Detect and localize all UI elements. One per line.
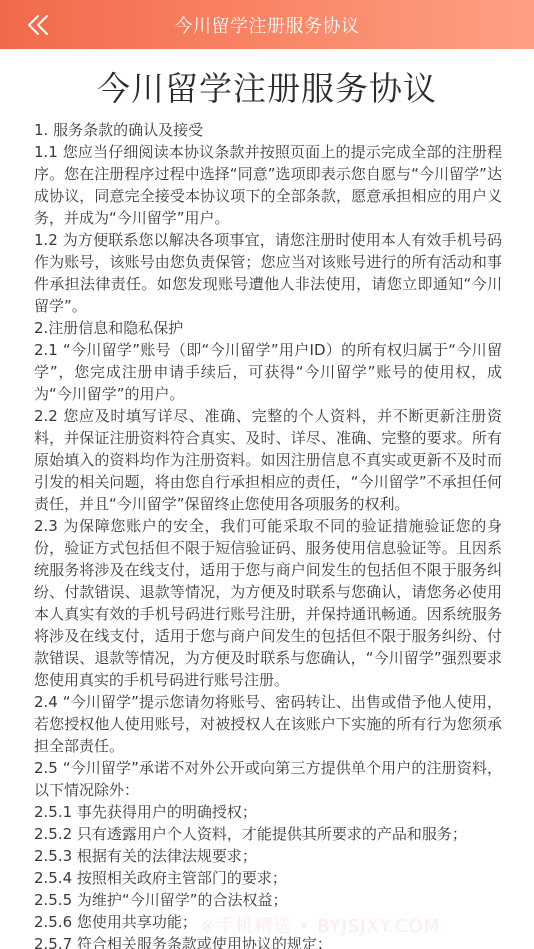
clause-1-2: 1.2 为方便联系您以解决各项事宜，请您注册时使用本人有效手机号码作为账号，该账… [34,229,502,317]
clause-2-5-5: 2.5.5 为维护“今川留学”的合法权益； [34,889,502,911]
agreement-body: 1. 服务条款的确认及接受 1.1 您应当仔细阅读本协议条款并按照页面上的提示完… [0,119,534,949]
section-heading-2: 2.注册信息和隐私保护 [34,317,502,339]
clause-2-5-3: 2.5.3 根据有关的法律法规要求； [34,845,502,867]
clause-1-1: 1.1 您应当仔细阅读本协议条款并按照页面上的提示完成全部的注册程序。您在注册程… [34,141,502,229]
top-nav-bar: 今川留学注册服务协议 [0,0,534,49]
clause-2-1: 2.1 “今川留学”账号（即“今川留学”用户ID）的所有权归属于“今川留学”，您… [34,339,502,405]
section-heading-1: 1. 服务条款的确认及接受 [34,119,502,141]
clause-2-5-7: 2.5.7 符合相关服务条款或使用协议的规定； [34,933,502,949]
clause-2-2: 2.2 您应及时填写详尽、准确、完整的个人资料，并不断更新注册资料，并保证注册资… [34,405,502,515]
clause-2-5: 2.5 “今川留学”承诺不对外公开或向第三方提供单个用户的注册资料，以下情况除外… [34,757,502,801]
clause-2-5-2: 2.5.2 只有透露用户个人资料，才能提供其所要求的产品和服务； [34,823,502,845]
clause-2-4: 2.4 “今川留学”提示您请勿将账号、密码转让、出售或借予他人使用，若您授权他人… [34,691,502,757]
header-title: 今川留学注册服务协议 [175,12,360,38]
agreement-scroll-area[interactable]: 今川留学注册服务协议 1. 服务条款的确认及接受 1.1 您应当仔细阅读本协议条… [0,49,534,949]
back-button[interactable] [22,8,56,42]
double-chevron-left-icon [26,12,52,38]
clause-2-5-1: 2.5.1 事先获得用户的明确授权； [34,801,502,823]
clause-2-3: 2.3 为保障您账户的安全，我们可能采取不同的验证措施验证您的身份，验证方式包括… [34,515,502,691]
clause-2-5-4: 2.5.4 按照相关政府主管部门的要求； [34,867,502,889]
document-title: 今川留学注册服务协议 [0,65,534,113]
clause-2-5-6: 2.5.6 您使用共享功能； [34,911,502,933]
